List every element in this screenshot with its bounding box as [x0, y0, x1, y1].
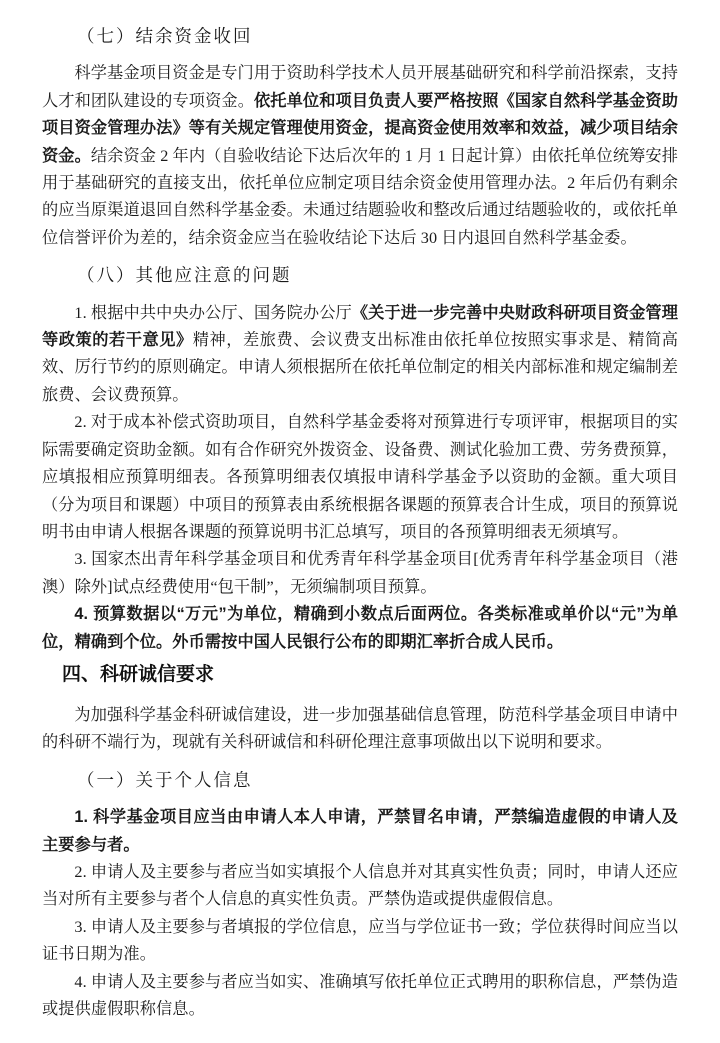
subsection-heading-surplus-funds: （七）结余资金收回 — [42, 23, 678, 50]
list-item-degree-info: 3. 申请人及主要参与者填报的学位信息，应当与学位证书一致；学位获得时间应当以证… — [42, 914, 678, 969]
subsection-heading-other-issues: （八）其他应注意的问题 — [42, 262, 678, 289]
list-item-truthful-info: 2. 申请人及主要参与者应当如实填报个人信息并对其真实性负责；同时，申请人还应当… — [42, 859, 678, 914]
list-item-lump-sum-funding: 3. 国家杰出青年科学基金项目和优秀青年科学基金项目[优秀青年科学基金项目（港澳… — [42, 546, 678, 601]
list-item-budget-units: 4. 预算数据以“万元”为单位，精确到小数点后面两位。各类标准或单价以“元”为单… — [42, 601, 678, 656]
document-page: （七）结余资金收回 科学基金项目资金是专门用于资助科学技术人员开展基础研究和科学… — [0, 0, 720, 1043]
list-item-cost-compensation: 2. 对于成本补偿式资助项目，自然科学基金委将对预算进行专项评审，根据项目的实际… — [42, 409, 678, 546]
list-item-travel-meeting-fees: 1. 根据中共中央办公厅、国务院办公厅《关于进一步完善中央财政科研项目资金管理等… — [42, 300, 678, 410]
text-run: 结余资金 2 年内（自验收结论下达后次年的 1 月 1 日起计算）由依托单位统筹… — [42, 147, 678, 247]
paragraph-surplus-funds: 科学基金项目资金是专门用于资助科学技术人员开展基础研究和科学前沿探索，支持人才和… — [42, 60, 678, 252]
paragraph-integrity-intro: 为加强科学基金科研诚信建设，进一步加强基础信息管理，防范科学基金项目申请中的科研… — [42, 702, 678, 757]
section-heading-research-integrity: 四、科研诚信要求 — [42, 662, 678, 688]
list-item-title-info: 4. 申请人及主要参与者应当如实、准确填写依托单位正式聘用的职称信息，严禁伪造或… — [42, 969, 678, 1024]
list-item-self-application: 1. 科学基金项目应当由申请人本人申请，严禁冒名申请，严禁编造虚假的申请人及主要… — [42, 804, 678, 859]
subsection-heading-personal-info: （一）关于个人信息 — [42, 767, 678, 794]
text-run: 1. 根据中共中央办公厅、国务院办公厅 — [74, 304, 351, 322]
